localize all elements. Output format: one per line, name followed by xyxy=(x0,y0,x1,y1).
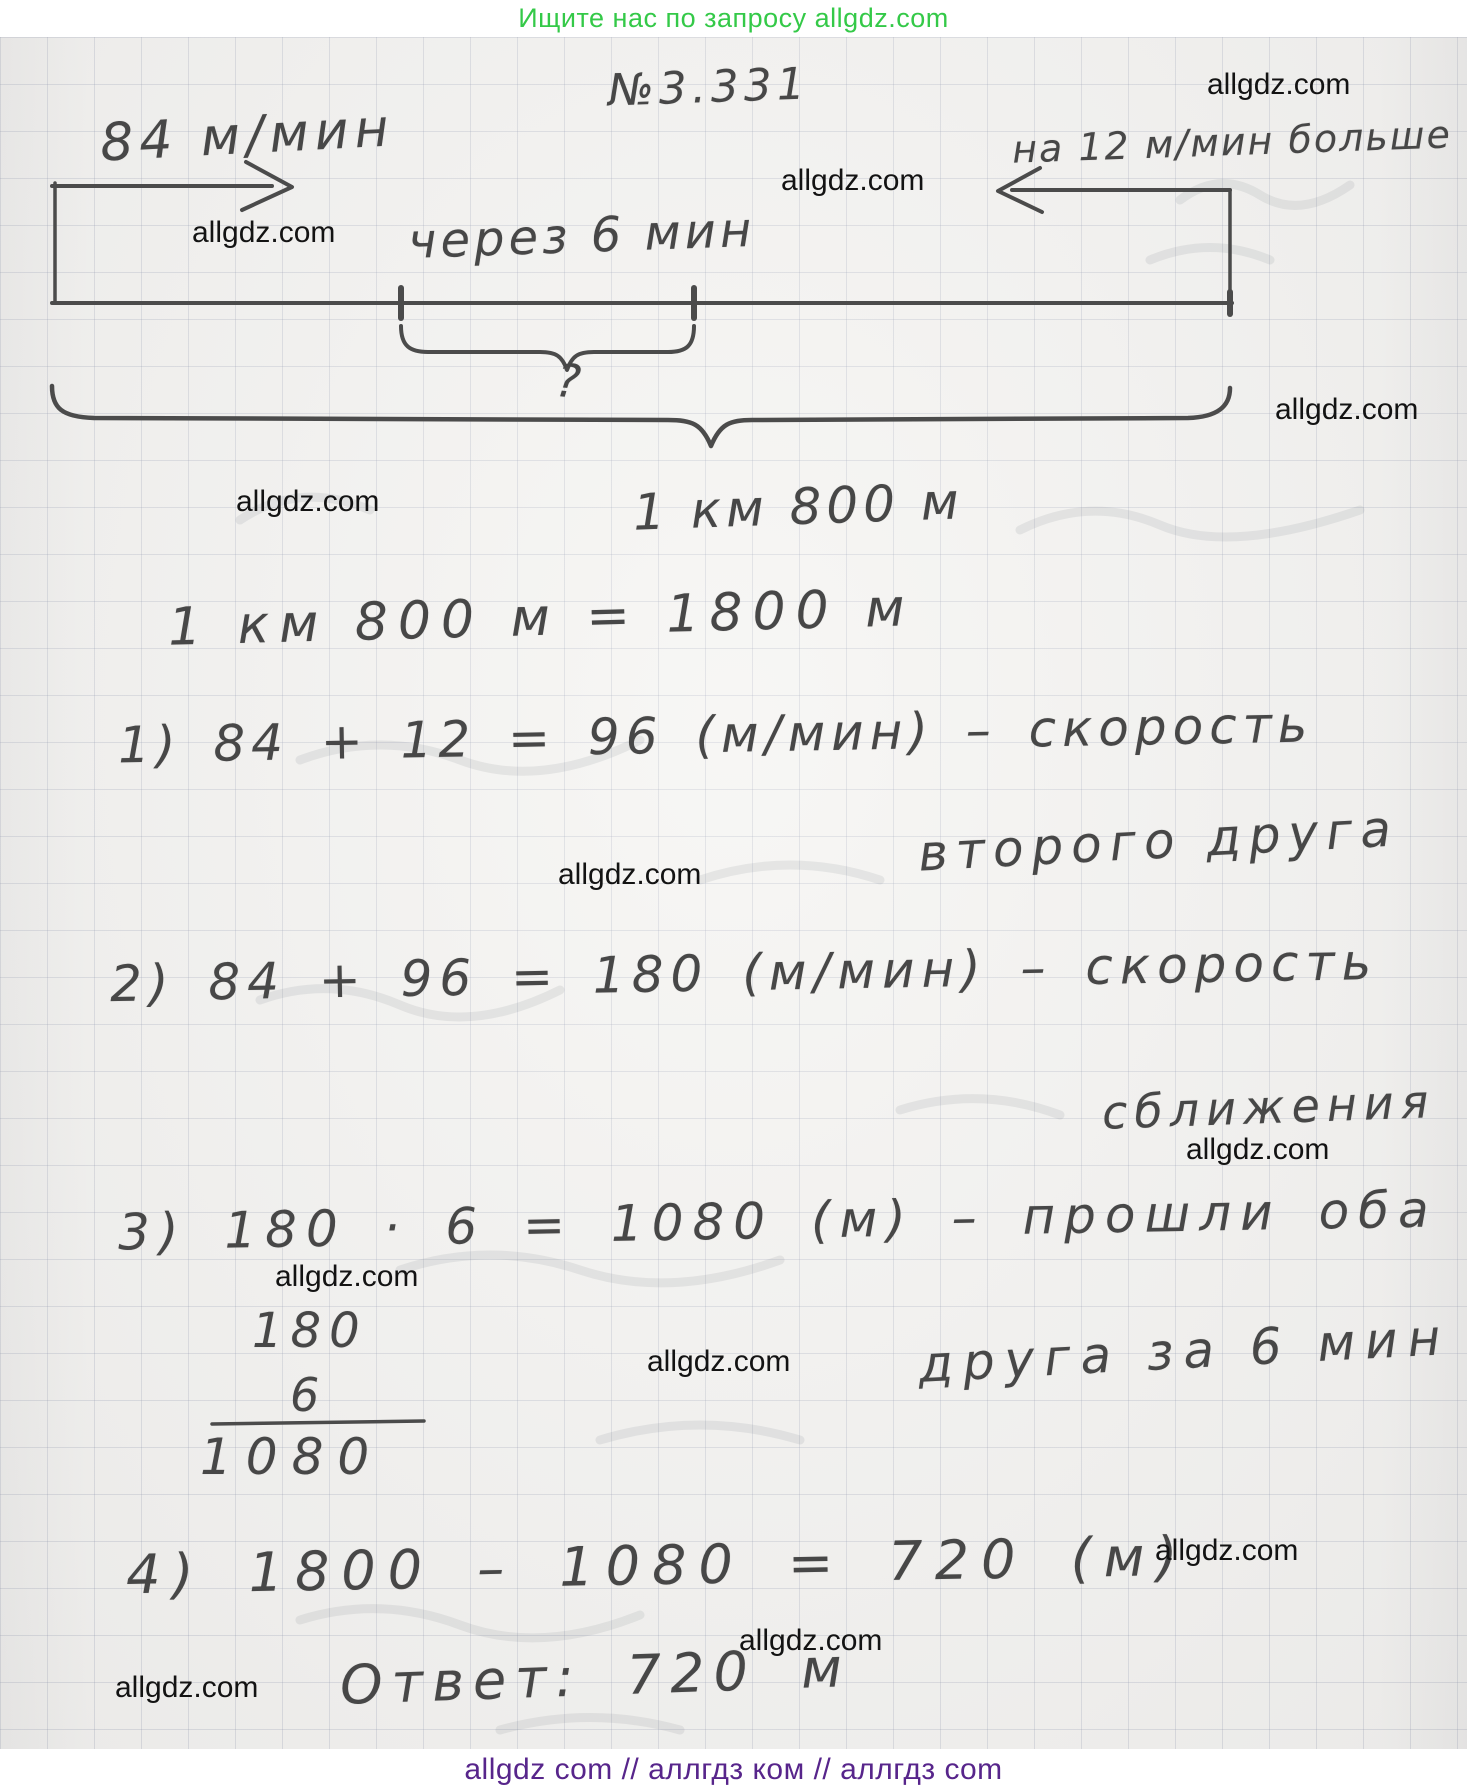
gap-brace xyxy=(401,326,694,370)
total-distance-label: 1 км 800 м xyxy=(632,472,964,542)
watermark: allgdz.com xyxy=(647,1345,790,1379)
watermark: allgdz.com xyxy=(275,1260,418,1294)
watermark: allgdz.com xyxy=(558,858,701,892)
footer-text: allgdz com // аллгдз ком // аллгдз com xyxy=(464,1753,1002,1787)
top-promo-strip: Ищите нас по запросу allgdz.com xyxy=(0,0,1467,37)
main-segment-line xyxy=(52,288,1232,318)
multiplier: 6 xyxy=(290,1368,319,1422)
watermark: allgdz.com xyxy=(1207,68,1350,102)
watermark: allgdz.com xyxy=(115,1671,258,1705)
problem-number: №3.331 xyxy=(607,58,810,116)
watermark: allgdz.com xyxy=(236,485,379,519)
watermark: allgdz.com xyxy=(739,1624,882,1658)
pencil-diagram xyxy=(0,0,1467,1791)
watermark: allgdz.com xyxy=(1186,1133,1329,1167)
watermark: allgdz.com xyxy=(192,216,335,250)
total-brace xyxy=(52,386,1230,446)
watermark: allgdz.com xyxy=(1275,393,1418,427)
scanned-notebook-page: Ищите нас по запросу allgdz.com xyxy=(0,0,1467,1791)
second-walker-arrow xyxy=(998,168,1230,303)
watermark: allgdz.com xyxy=(781,164,924,198)
multiplicand: 180 xyxy=(252,1303,368,1359)
bottom-footer-strip: allgdz com // аллгдз ком // аллгдз com xyxy=(0,1749,1467,1791)
product: 1080 xyxy=(200,1428,383,1486)
watermark: allgdz.com xyxy=(1155,1534,1298,1568)
promo-text: Ищите нас по запросу allgdz.com xyxy=(518,3,948,34)
